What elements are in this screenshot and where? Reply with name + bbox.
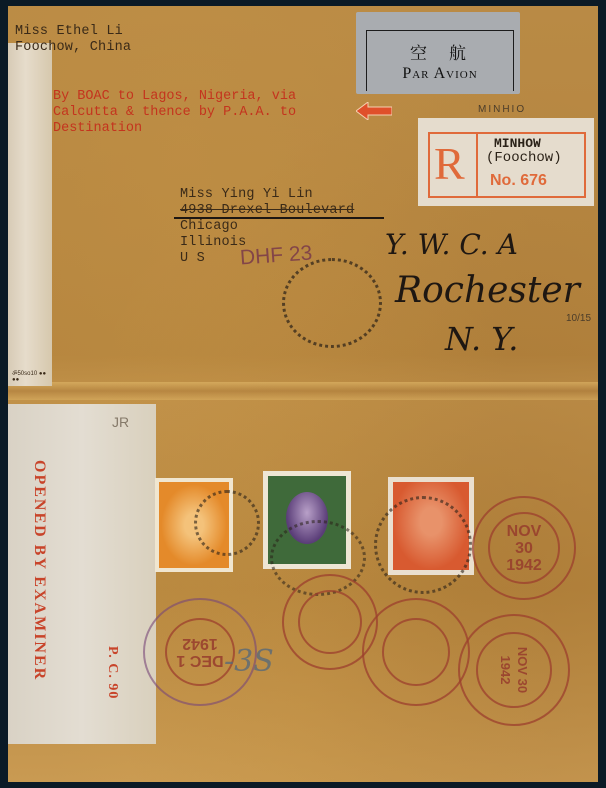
- recipient-city: Chicago: [180, 219, 238, 235]
- forwarding-line-1: Y. W. C. A: [385, 228, 518, 261]
- forwarding-line-2: Rochester: [395, 270, 580, 311]
- recipient-name: Miss Ying Yi Lin: [180, 187, 313, 203]
- postmark-date: DEC 1 1942: [175, 635, 225, 669]
- chinese-cancel-1: [194, 490, 260, 556]
- postmark-inner-ring: [488, 512, 560, 584]
- chinese-cancel-front: [282, 258, 382, 348]
- censor-code: P. C. 90: [104, 646, 120, 699]
- routing-line-3: Destination: [53, 121, 142, 137]
- envelope-fold: [8, 382, 598, 400]
- blue-crayon-mark: -3S: [224, 644, 274, 679]
- recipient-state: Illinois: [180, 235, 246, 251]
- pencil-note: MINHIO: [478, 104, 526, 115]
- left-paper-strip: ॐ50so10 ●● ●●: [8, 43, 52, 386]
- air-mail-label: 空航 Par Avion: [356, 12, 520, 94]
- routing-line-2: Calcutta & thence by P.A.A. to: [53, 105, 296, 121]
- postmark-date: NOV 30 1942: [497, 645, 531, 695]
- recipient-country: U S: [180, 251, 205, 267]
- left-arrow-icon: [356, 102, 392, 120]
- censor-text: OPENED BY EXAMINER: [30, 460, 48, 681]
- postmark-miami-registered: [362, 598, 470, 706]
- registration-office-2: (Foochow): [486, 150, 562, 166]
- registration-label: R MINHOW (Foochow) No. 676: [418, 118, 594, 206]
- sender-name: Miss Ethel Li: [15, 24, 123, 40]
- routing-line-1: By BOAC to Lagos, Nigeria, via: [53, 89, 296, 105]
- registration-frame: R MINHOW (Foochow) No. 676: [428, 132, 586, 198]
- registration-letter: R: [434, 138, 465, 190]
- registration-office-1: MINHOW: [494, 136, 541, 151]
- postmark-inner-ring: [382, 618, 450, 686]
- strip-note: ॐ50so10 ●● ●●: [12, 369, 52, 383]
- postmark-inner-ring: [298, 590, 362, 654]
- censor-pencil-mark: JR: [112, 414, 129, 430]
- censor-label: JR OPENED BY EXAMINER P. C. 90: [8, 404, 156, 744]
- sender-city: Foochow, China: [15, 40, 131, 56]
- postmark-miami-nov30: NOV 30 1942: [472, 496, 576, 600]
- air-mail-chinese: 空航: [367, 39, 513, 64]
- registration-number: No. 676: [490, 172, 547, 190]
- registration-divider: [476, 134, 478, 196]
- pencil-small-right: 10/15: [566, 313, 591, 324]
- postmark-miami-2: NOV 30 1942: [458, 614, 570, 726]
- air-mail-label-frame: 空航 Par Avion: [366, 30, 514, 91]
- chinese-cancel-3: [374, 496, 472, 594]
- air-mail-french: Par Avion: [367, 65, 513, 83]
- forwarding-line-3: N. Y.: [445, 320, 518, 358]
